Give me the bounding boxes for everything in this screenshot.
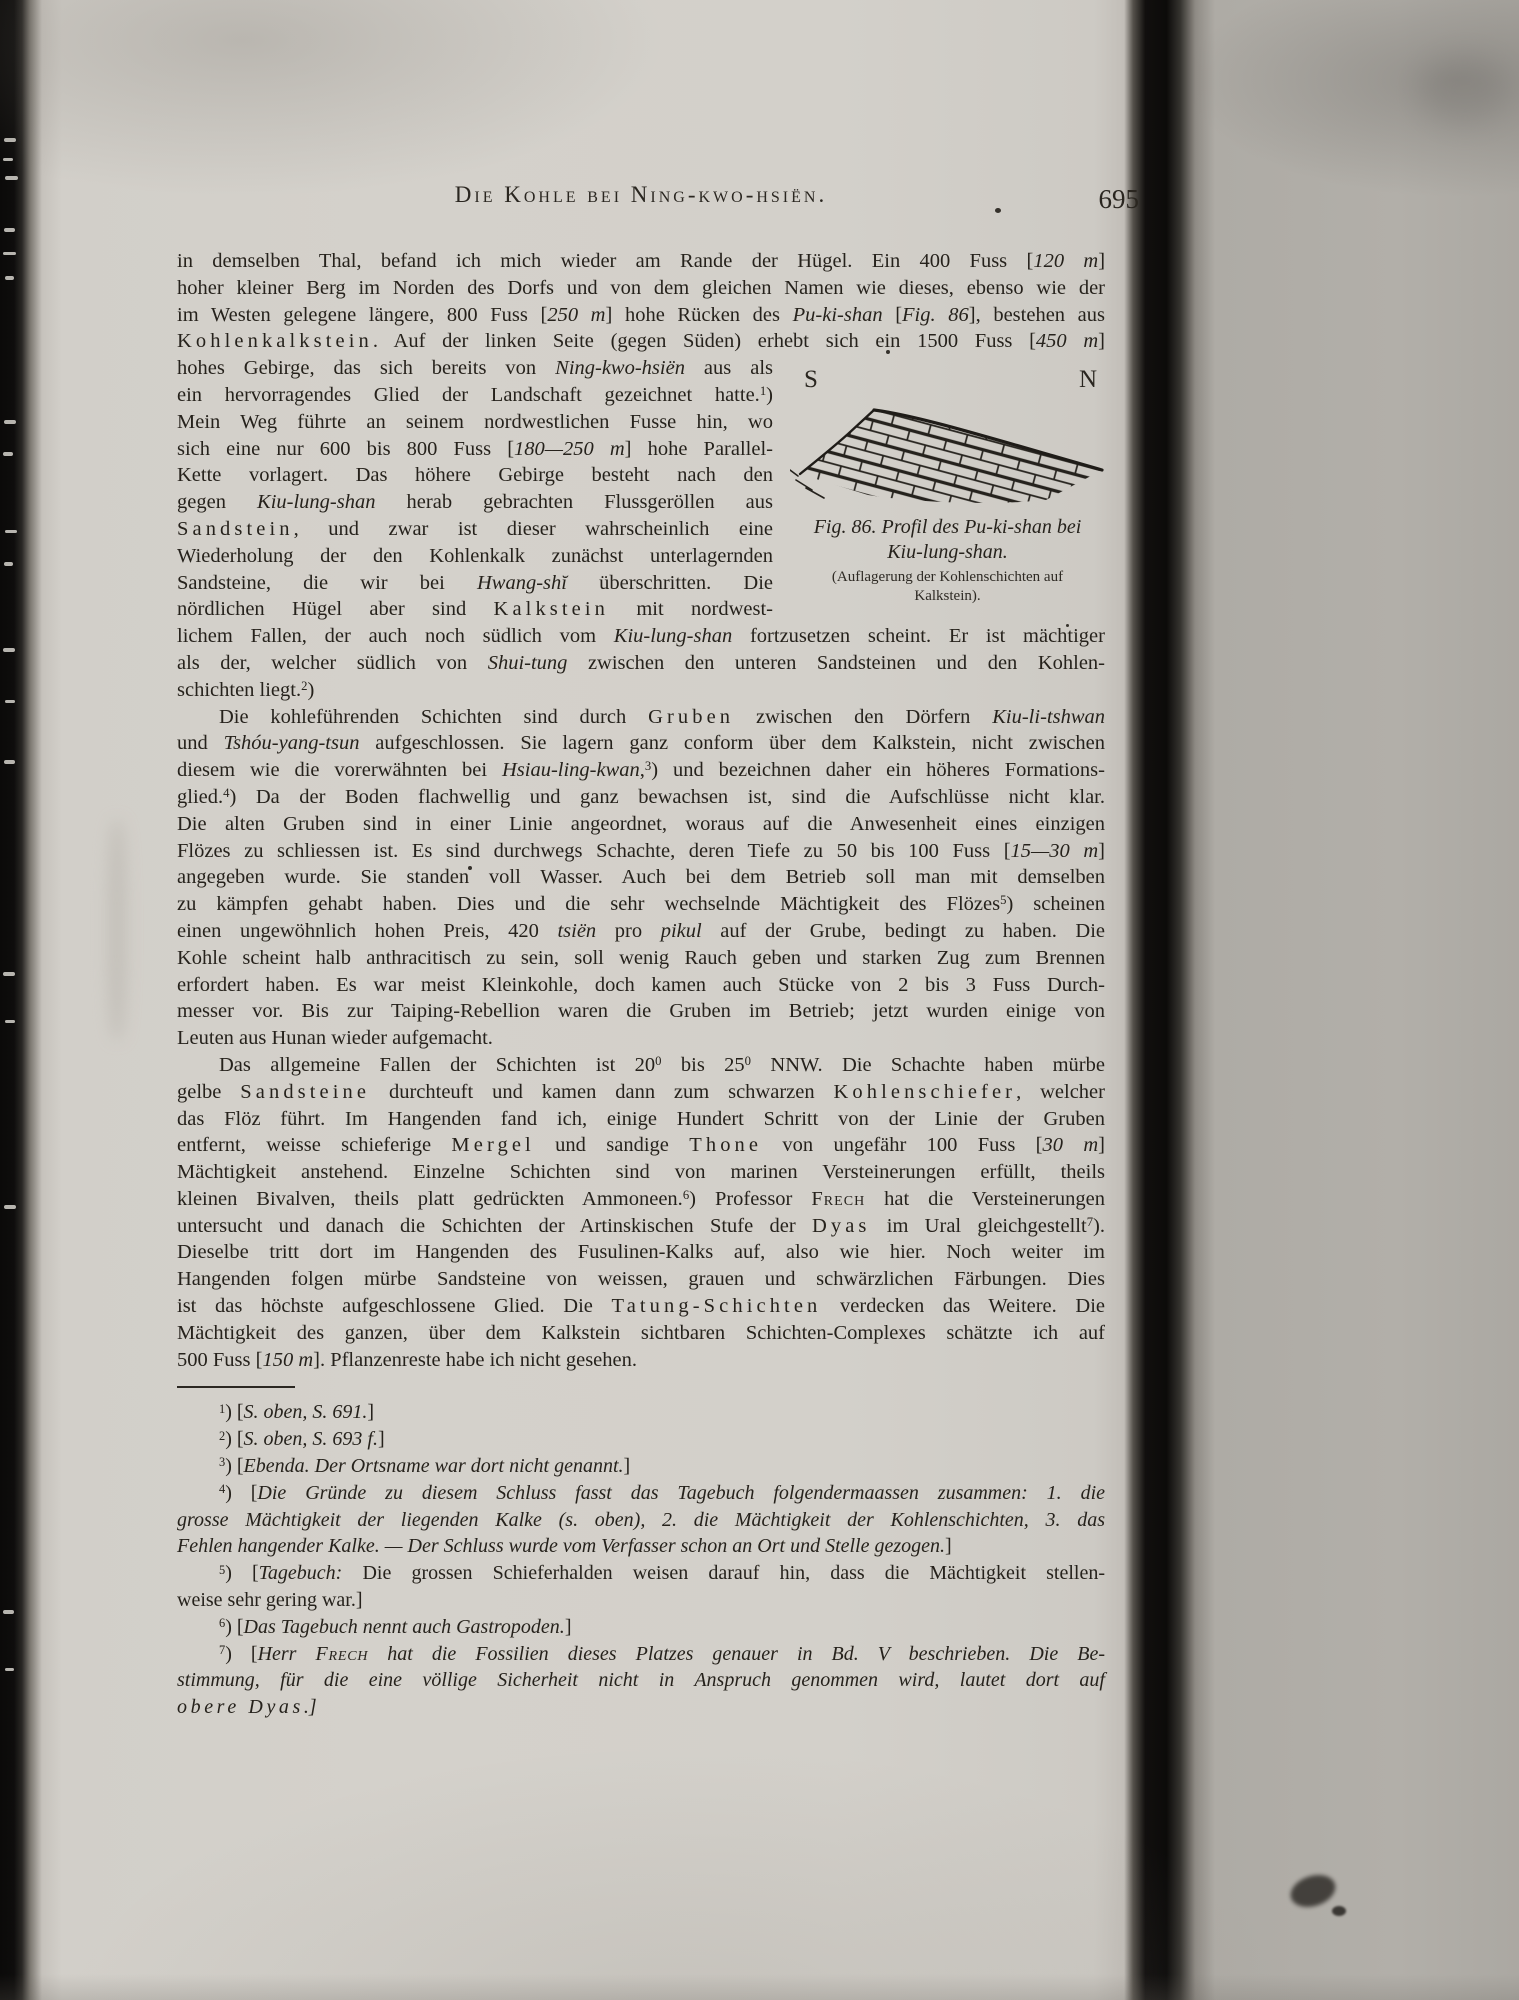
- text-line: Mächtigkeit anstehend. Einzelne Schichte…: [177, 1159, 1105, 1186]
- paragraph: Die kohleführenden Schichten sind durch …: [177, 704, 1105, 1052]
- text-line: einen ungewöhnlich hohen Preis, 420 tsië…: [177, 918, 1105, 945]
- figure-subcaption-line: (Auflagerung der Kohlenschichten auf: [790, 568, 1105, 587]
- binding-mark: [3, 648, 15, 652]
- text-line: zu kämpfen gehabt haben. Dies und die se…: [177, 891, 1105, 918]
- binding-mark: [4, 562, 13, 566]
- text-line: hohes Gebirge, das sich bereits von Ning…: [177, 355, 773, 382]
- binding-mark: [3, 452, 13, 456]
- footnote-separator-rule: [177, 1386, 295, 1388]
- text-line: Dieselbe tritt dort im Hangenden des Fus…: [177, 1239, 1105, 1266]
- text-line: 1) [S. oben, S. 691.]: [177, 1399, 1105, 1426]
- text-line: 3) [Ebenda. Der Ortsname war dort nicht …: [177, 1453, 1105, 1480]
- figure-subcaption-line: Kalkstein).: [790, 587, 1105, 606]
- binding-mark: [3, 252, 16, 255]
- binding-mark: [4, 420, 16, 424]
- text-line: kleinen Bivalven, theils platt gedrückte…: [177, 1186, 1105, 1213]
- text-line: in demselben Thal, befand ich mich wiede…: [177, 248, 1105, 275]
- text-line: 2) [S. oben, S. 693 f.]: [177, 1426, 1105, 1453]
- text-line: diesem wie die vorerwähnten bei Hsiau-li…: [177, 757, 1105, 784]
- text-line: als der, welcher südlich von Shui-tung z…: [177, 650, 1105, 677]
- paragraph: in demselben Thal, befand ich mich wiede…: [177, 248, 1105, 355]
- text-line: 6) [Das Tagebuch nennt auch Gastropoden.…: [177, 1614, 1105, 1641]
- text-line: ist das höchste aufgeschlossene Glied. D…: [177, 1293, 1105, 1320]
- text-line: 4) [Die Gründe zu diesem Schluss fasst d…: [177, 1480, 1105, 1507]
- text-line: Die alten Gruben sind in einer Linie ang…: [177, 811, 1105, 838]
- page-number: 695: [1099, 184, 1140, 215]
- binding-mark: [3, 1610, 14, 1614]
- text-line: Sandsteine, die wir bei Hwang-shĭ übersc…: [177, 570, 773, 597]
- binding-mark: [4, 760, 15, 764]
- text-line: untersucht und danach die Schichten der …: [177, 1213, 1105, 1240]
- stain-blob: [1332, 1906, 1346, 1916]
- page-title: Die Kohle bei Ning-kwo-hsiën.: [177, 182, 1105, 208]
- binding-mark: [5, 1020, 15, 1023]
- text-line: Hangenden folgen mürbe Sandsteine von we…: [177, 1266, 1105, 1293]
- binding-mark: [4, 138, 16, 142]
- figure-caption-line: Fig. 86. Profil des Pu-ki-shan bei: [790, 515, 1105, 540]
- text-line: hoher kleiner Berg im Norden des Dorfs u…: [177, 275, 1105, 302]
- text-line: im Westen gelegene längere, 800 Fuss [25…: [177, 302, 1105, 329]
- text-line: messer vor. Bis zur Taiping-Rebellion wa…: [177, 998, 1105, 1025]
- text-line: erfordert haben. Es war meist Kleinkohle…: [177, 972, 1105, 999]
- hill-profile-drawing: [790, 398, 1105, 510]
- text-line: Die kohleführenden Schichten sind durch …: [177, 704, 1105, 731]
- stain-blob: [1286, 1870, 1339, 1913]
- text-figure-row: hohes Gebirge, das sich bereits von Ning…: [177, 355, 1105, 623]
- text-line: obere Dyas.]: [177, 1694, 1105, 1721]
- text-line: grosse Mächtigkeit der liegenden Kalke (…: [177, 1507, 1105, 1534]
- text-line: sich eine nur 600 bis 800 Fuss [180—250 …: [177, 436, 773, 463]
- text-line: 5) [Tagebuch: Die grossen Schieferhalden…: [177, 1560, 1105, 1587]
- text-line: schichten liegt.2): [177, 677, 1105, 704]
- figure-caption: Fig. 86. Profil des Pu-ki-shan bei Kiu-l…: [790, 515, 1105, 565]
- figure-subcaption: (Auflagerung der Kohlenschichten auf Kal…: [790, 568, 1105, 606]
- scanned-book-page: Die Kohle bei Ning-kwo-hsiën. 695 in dem…: [0, 0, 1519, 2000]
- binding-mark: [4, 228, 15, 232]
- text-line: Fehlen hangender Kalke. — Der Schluss wu…: [177, 1533, 1105, 1560]
- text-line: Flözes zu schliessen ist. Es sind durchw…: [177, 838, 1105, 865]
- binding-mark: [5, 700, 15, 703]
- running-head: Die Kohle bei Ning-kwo-hsiën. 695: [177, 182, 1105, 212]
- binding-mark: [5, 1668, 14, 1671]
- text-line: lichem Fallen, der auch noch südlich vom…: [177, 623, 1105, 650]
- text-line: Wiederholung der den Kohlenkalk zunächst…: [177, 543, 773, 570]
- binding-mark: [5, 176, 18, 180]
- text-line: Kette vorlagert. Das höhere Gebirge best…: [177, 462, 773, 489]
- text-line: 7) [Herr Frech hat die Fossilien dieses …: [177, 1641, 1105, 1668]
- page-content: Die Kohle bei Ning-kwo-hsiën. 695 in dem…: [177, 182, 1105, 1721]
- text-line: gegen Kiu-lung-shan herab gebrachten Flu…: [177, 489, 773, 516]
- compass-north-label: N: [1079, 367, 1097, 394]
- text-line: Sandstein, und zwar ist dieser wahrschei…: [177, 516, 773, 543]
- text-line: Leuten aus Hunan wieder aufgemacht.: [177, 1025, 1105, 1052]
- text-line: Das allgemeine Fallen der Schichten ist …: [177, 1052, 1105, 1079]
- figure-86: S N Fig: [790, 355, 1105, 606]
- binding-mark: [5, 276, 14, 280]
- binding-mark: [5, 530, 17, 533]
- figure-caption-line: Kiu-lung-shan.: [790, 540, 1105, 565]
- text-line: gelbe Sandsteine durchteuft und kamen da…: [177, 1079, 1105, 1106]
- text-line: nördlichen Hügel aber sind Kalkstein mit…: [177, 596, 773, 623]
- text-line: ein hervorragendes Glied der Landschaft …: [177, 382, 773, 409]
- paragraph: lichem Fallen, der auch noch südlich vom…: [177, 623, 1105, 703]
- text-line: weise sehr gering war.]: [177, 1587, 1105, 1614]
- text-line: und Tshóu-yang-tsun aufgeschlossen. Sie …: [177, 730, 1105, 757]
- binding-mark: [4, 1205, 16, 1209]
- footnotes-block: 1) [S. oben, S. 691.]2) [S. oben, S. 693…: [177, 1399, 1105, 1721]
- compass-south-label: S: [804, 367, 818, 394]
- text-line: stimmung, für die eine völlige Sicherhei…: [177, 1667, 1105, 1694]
- paragraph-narrow-column: hohes Gebirge, das sich bereits von Ning…: [177, 355, 773, 623]
- binding-mark: [3, 158, 13, 161]
- text-line: entfernt, weisse schieferige Mergel und …: [177, 1132, 1105, 1159]
- text-line: Mächtigkeit des ganzen, über dem Kalkste…: [177, 1320, 1105, 1347]
- body-text: in demselben Thal, befand ich mich wiede…: [177, 248, 1105, 1373]
- text-line: Mein Weg führte an seinem nordwestlichen…: [177, 409, 773, 436]
- text-line: das Flöz führt. Im Hangenden fand ich, e…: [177, 1106, 1105, 1133]
- text-line: Kohle scheint halb anthracitisch zu sein…: [177, 945, 1105, 972]
- text-line: 500 Fuss [150 m]. Pflanzenreste habe ich…: [177, 1347, 1105, 1374]
- text-line: glied.4) Da der Boden flachwellig und ga…: [177, 784, 1105, 811]
- binding-mark: [3, 972, 15, 976]
- paper-smudge: [108, 820, 126, 1040]
- text-line: angegeben wurde. Sie standen voll Wasser…: [177, 864, 1105, 891]
- figure-compass-labels: S N: [790, 367, 1105, 394]
- paragraph: Das allgemeine Fallen der Schichten ist …: [177, 1052, 1105, 1374]
- corner-shadow: [1420, 55, 1510, 125]
- text-line: Kohlenkalkstein. Auf der linken Seite (g…: [177, 328, 1105, 355]
